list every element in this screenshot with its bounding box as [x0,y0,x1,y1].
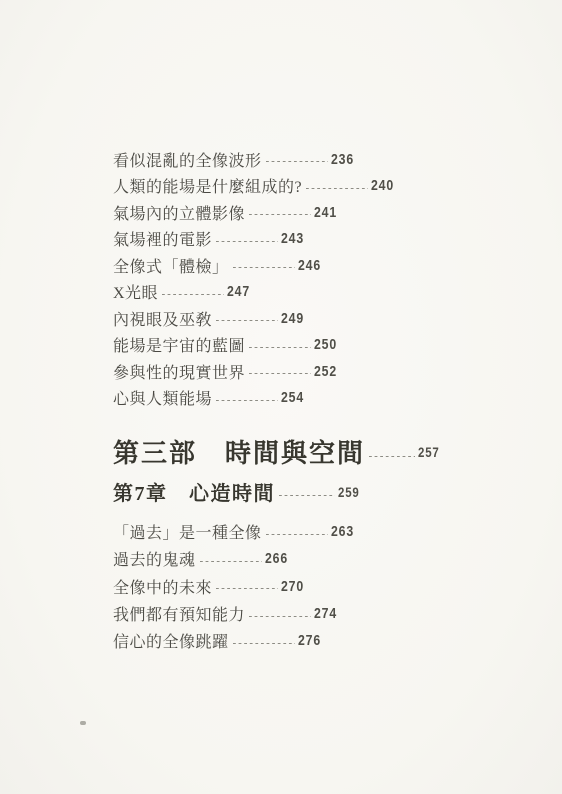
toc-entry-title: X光眼 [113,280,158,303]
dotted-leader [216,320,278,322]
toc-entry-title: 人類的能場是什麼組成的? [113,174,302,197]
toc-entry: 內視眼及巫敎 249 [113,305,399,332]
chapter-heading: 第7章 心造時間 259 [113,477,364,506]
dotted-leader [233,267,295,269]
toc-entry: 看似混亂的全像波形 236 [113,146,399,173]
toc-entry-title: 信心的全像跳躍 [113,629,229,652]
dotted-leader [279,495,335,497]
dotted-leader [249,616,311,618]
toc-entry-page: 247 [227,283,250,300]
toc-entry: 人類的能場是什麼組成的? 240 [113,173,399,200]
dotted-leader [266,161,328,163]
scan-speck [80,721,86,725]
toc-entry-title: 全像中的未來 [113,575,212,598]
toc-entry: 氣場內的立體影像 241 [113,199,399,226]
dotted-leader [200,561,262,563]
dotted-leader [233,643,295,645]
toc-entry-page: 254 [281,389,304,406]
toc-entry: 參與性的現實世界 252 [113,358,399,385]
book-toc-page: 看似混亂的全像波形 236 人類的能場是什麼組成的? 240 氣場內的立體影像 … [0,0,562,794]
toc-entries-part2: 看似混亂的全像波形 236 人類的能場是什麼組成的? 240 氣場內的立體影像 … [113,146,399,411]
toc-entry-page: 236 [331,151,354,168]
toc-entry-title: 氣場內的立體影像 [113,201,245,224]
toc-entry: 我們都有預知能力 274 [113,600,359,627]
dotted-leader [306,188,368,190]
toc-entry: 能場是宇宙的藍圖 250 [113,332,399,359]
toc-entry: 氣場裡的電影 243 [113,226,399,253]
toc-entry-title: 氣場裡的電影 [113,227,212,250]
dotted-leader [249,347,311,349]
toc-entry-title: 過去的鬼魂 [113,547,196,570]
toc-entry: 過去的鬼魂 266 [113,545,359,572]
toc-entry: 全像中的未來 270 [113,573,359,600]
dotted-leader [369,456,415,458]
dotted-leader [216,400,278,402]
toc-entry: 心與人類能場 254 [113,385,399,412]
toc-entry-title: 心與人類能場 [113,386,212,409]
toc-entries-chapter7: 「過去」是一種全像 263 過去的鬼魂 266 全像中的未來 270 我們都有預… [113,518,359,654]
dotted-leader [249,214,311,216]
toc-entry-title: 參與性的現實世界 [113,360,245,383]
dotted-leader [249,373,311,375]
toc-entry-page: 250 [314,336,337,353]
toc-entry-title: 「過去」是一種全像 [113,520,262,543]
toc-entry: 全像式「體檢」 246 [113,252,399,279]
part-heading-page: 257 [418,444,440,460]
chapter-heading-page: 259 [338,484,360,500]
toc-entry-title: 看似混亂的全像波形 [113,148,262,171]
toc-entry-page: 246 [298,257,321,274]
toc-entry: 信心的全像跳躍 276 [113,627,359,654]
toc-entry-title: 我們都有預知能力 [113,602,245,625]
dotted-leader [216,588,278,590]
toc-entry-title: 內視眼及巫敎 [113,307,212,330]
toc-entry-page: 276 [298,632,321,649]
toc-entry: X光眼 247 [113,279,399,306]
toc-entry-title: 能場是宇宙的藍圖 [113,333,245,356]
toc-entry-page: 252 [314,363,337,380]
part-heading-title: 第三部 時間與空間 [113,433,365,470]
toc-entry-page: 266 [265,550,288,567]
toc-entry: 「過去」是一種全像 263 [113,518,359,545]
toc-entry-page: 274 [314,605,337,622]
toc-entry-title: 全像式「體檢」 [113,254,229,277]
toc-entry-page: 240 [371,177,394,194]
toc-entry-page: 241 [314,204,337,221]
toc-entry-page: 270 [281,578,304,595]
toc-entry-page: 249 [281,310,304,327]
dotted-leader [266,534,328,536]
dotted-leader [216,241,278,243]
toc-entry-page: 263 [331,523,354,540]
part-heading: 第三部 時間與空間 257 [113,433,444,470]
toc-entry-page: 243 [281,230,304,247]
chapter-heading-title: 第7章 心造時間 [113,477,275,506]
dotted-leader [162,294,224,296]
